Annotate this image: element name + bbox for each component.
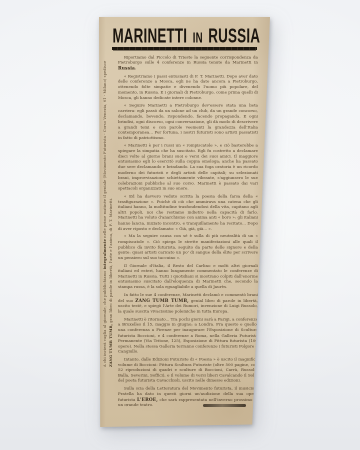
- body-text: Riportiamo dal Piccolo di Trieste la seg…: [118, 55, 258, 406]
- margin-note: A chi invierà vaglia al giornale, che pu…: [99, 17, 117, 427]
- title-rule: [112, 47, 257, 50]
- paper-surface: MARINETTI IN RUSSIA Riportiamo dal Picco…: [99, 17, 270, 427]
- photo-background: MARINETTI IN RUSSIA Riportiamo dal Picco…: [0, 0, 360, 450]
- paragraph: « Ma la seguire causa con sé è sulla di …: [118, 234, 258, 261]
- printer-imprint-smudge: [203, 404, 246, 407]
- paragraph: In fatto le sue 4 conferenze, Marinetti …: [118, 293, 258, 315]
- paragraph: Il Giornale d'Italia, il Resto del Carli…: [118, 263, 258, 290]
- paragraph: « Seguire Marinetti a Pietroburgo dev'es…: [118, 103, 258, 141]
- title-word-russia: RUSSIA: [208, 26, 260, 48]
- margin-note-line-1: A chi invierà vaglia al giornale, che pu…: [103, 72, 107, 367]
- paragraph: Intanto, dalle Edizioni Futuriste di « P…: [118, 357, 258, 384]
- margin-note-line-2: ZANG TUMB TUMB, gran libro di parole in …: [109, 72, 113, 367]
- document-paper: MARINETTI IN RUSSIA Riportiamo dal Picco…: [99, 17, 270, 427]
- paragraph: Marinetti è ritornato... Tra pochi giorn…: [118, 317, 258, 355]
- document-title: MARINETTI IN RUSSIA: [112, 26, 253, 54]
- paragraph: « Ed ha davvero veduto scritta la poesia…: [118, 194, 258, 232]
- title-word-in: IN: [191, 31, 204, 46]
- paragraph: « Marinetti è per i russi un « rompiscat…: [118, 143, 258, 191]
- title-word-marinetti: MARINETTI: [112, 26, 187, 48]
- paragraph: « Registriamo i passi entusiasti di F. T…: [118, 74, 258, 101]
- paragraph: Riportiamo dal Piccolo di Trieste la seg…: [118, 55, 258, 72]
